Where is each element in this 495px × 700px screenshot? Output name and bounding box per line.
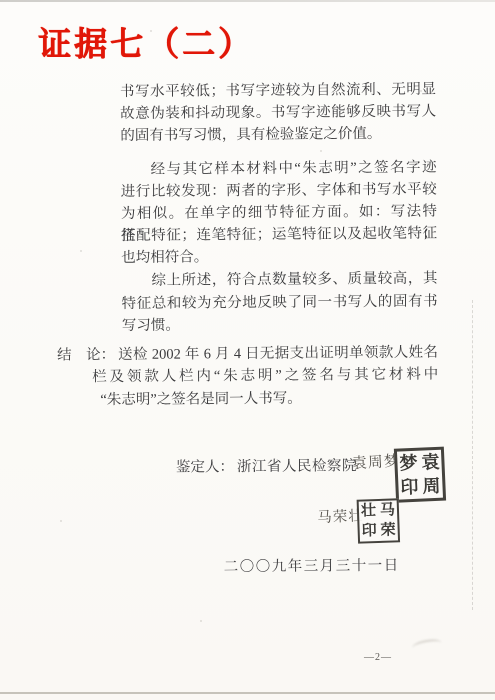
conclusion-label-second: 论：: [86, 345, 115, 367]
body-text-line: 特征总和较为充分地反映了同一书写人的固有书: [122, 292, 438, 316]
seal-char: 壮: [359, 501, 379, 522]
body-text-line: 进行比较发现：两者的字形、字体和书写水平较: [121, 180, 437, 204]
seal-char: 荣: [378, 520, 398, 541]
page-number: —2—: [364, 652, 392, 663]
body-text-line: 也均相符合。: [121, 246, 437, 270]
appraiser-label: 鉴定人：: [176, 457, 234, 479]
body-text-line: 搭配特征；连笔特征；运笔特征以及起收笔特征: [121, 224, 437, 248]
body-text-line: 故意伪装和抖动现象。书写字迹能够反映书写人: [120, 102, 436, 126]
body-text-line: 综上所述，符合点数量较多、质量较高，其: [121, 269, 437, 293]
name-seal-yuanzhoumeng: 梦 袁 印 周: [394, 447, 446, 503]
appraiser-organization: 浙江省人民检察院: [237, 456, 357, 479]
signature-yuanzhoumeng: 袁周梦: [351, 452, 400, 477]
seal-char: 马: [378, 500, 398, 521]
seal-char: 印: [359, 521, 379, 542]
body-text-line: 的固有书写习惯，具有检验鉴定之价值。: [120, 124, 436, 148]
conclusion-label: 结 论：: [57, 345, 115, 367]
seal-char: 周: [420, 474, 443, 499]
body-text-line: 写习惯。: [122, 314, 438, 338]
body-text-line: 经与其它样本材料中“朱志明”之签名字迹: [121, 158, 437, 182]
conclusion-line: 送检 2002 年 6 月 4 日无据支出证明单领款人姓名: [118, 343, 438, 367]
seal-char: 梦: [397, 451, 420, 476]
conclusion-line: 栏及领款人栏内“朱志明”之签名与其它材料中: [92, 365, 438, 390]
conclusion-label-first: 结: [57, 345, 72, 367]
body-text-line: 书写水平较低；书写字迹较为自然流利、无明显: [120, 80, 436, 104]
name-seal-marongzhuang: 壮 马 印 荣: [357, 498, 400, 543]
conclusion-line: “朱志明”之签名是同一人书写。: [100, 387, 446, 412]
seal-char: 印: [398, 475, 421, 500]
seal-char: 袁: [419, 450, 442, 475]
scanned-document-page: 证据七（二） 书写水平较低；书写字迹较为自然流利、无明显 故意伪装和抖动现象。书…: [0, 0, 495, 700]
document-date: 二〇〇九年三月三十一日: [224, 554, 400, 576]
document-body: 书写水平较低；书写字迹较为自然流利、无明显 故意伪装和抖动现象。书写字迹能够反映…: [0, 0, 495, 700]
